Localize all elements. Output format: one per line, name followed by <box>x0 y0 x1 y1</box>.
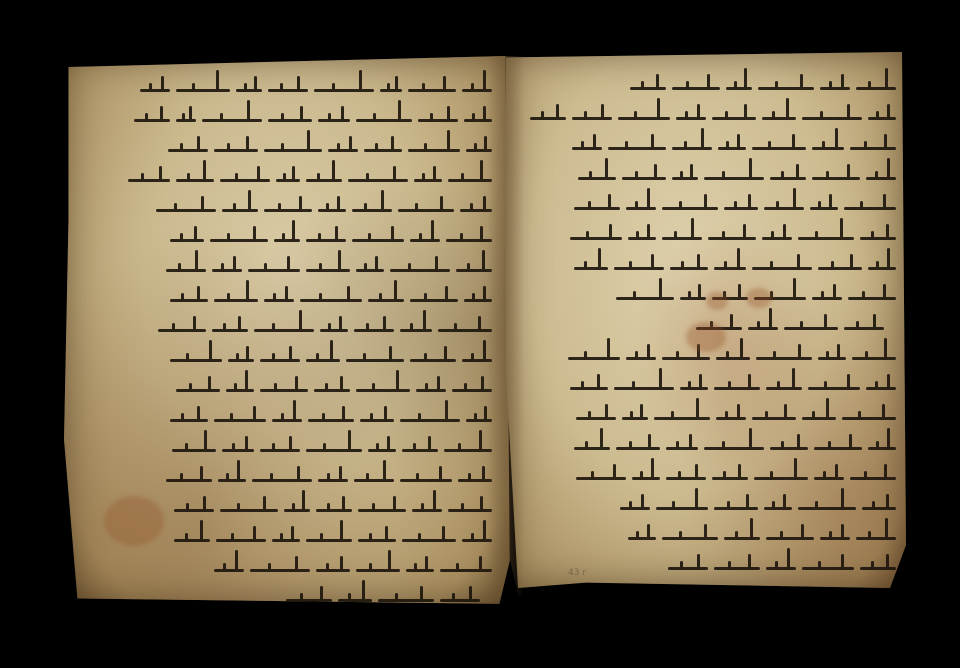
script-word <box>172 449 216 452</box>
script-word <box>260 359 300 362</box>
script-word <box>752 147 806 150</box>
script-word <box>360 419 394 422</box>
script-word <box>668 567 708 570</box>
script-word <box>272 539 300 542</box>
script-word <box>616 297 674 300</box>
script-word <box>406 569 434 572</box>
script-word <box>254 329 314 332</box>
script-word <box>868 447 896 450</box>
script-word <box>268 119 312 122</box>
script-word <box>318 209 346 212</box>
script-word <box>306 449 362 452</box>
script-word <box>784 327 838 330</box>
script-word <box>356 269 384 272</box>
script-line <box>516 486 896 516</box>
script-line <box>82 98 492 128</box>
script-word <box>670 267 708 270</box>
script-word <box>338 599 372 602</box>
script-word <box>368 299 404 302</box>
script-word <box>572 147 602 150</box>
script-word <box>818 267 862 270</box>
script-line <box>516 126 896 156</box>
script-word <box>410 299 458 302</box>
script-word <box>672 147 712 150</box>
script-word <box>228 359 254 362</box>
script-word <box>850 477 896 480</box>
script-word <box>802 567 854 570</box>
script-word <box>250 569 310 572</box>
script-word <box>868 267 896 270</box>
script-line <box>82 398 492 428</box>
script-word <box>578 177 616 180</box>
script-word <box>248 269 300 272</box>
script-word <box>306 359 340 362</box>
script-word <box>448 509 492 512</box>
brown-stain <box>686 322 726 352</box>
script-word <box>452 389 492 392</box>
script-word <box>662 207 718 210</box>
script-word <box>852 357 896 360</box>
script-line <box>516 216 896 246</box>
script-line <box>516 456 896 486</box>
script-word <box>226 389 254 392</box>
script-word <box>408 149 460 152</box>
script-word <box>214 299 258 302</box>
script-word <box>866 387 896 390</box>
script-word <box>348 179 408 182</box>
script-word <box>438 329 492 332</box>
script-word <box>272 419 302 422</box>
script-word <box>264 299 294 302</box>
script-word <box>346 359 404 362</box>
script-line <box>82 68 492 98</box>
script-line <box>82 458 492 488</box>
script-word <box>574 447 610 450</box>
ink-stain <box>104 496 164 546</box>
script-word <box>448 179 492 182</box>
script-word <box>170 359 222 362</box>
script-word <box>352 239 404 242</box>
script-word <box>756 357 812 360</box>
script-word <box>716 417 746 420</box>
script-word <box>530 117 566 120</box>
script-word <box>314 389 350 392</box>
right-manuscript-leaf: 43 r <box>506 52 906 588</box>
script-word <box>210 239 268 242</box>
script-word <box>378 599 434 602</box>
script-word <box>672 87 720 90</box>
script-word <box>574 267 608 270</box>
script-word <box>802 417 836 420</box>
script-word <box>156 209 216 212</box>
script-word <box>626 207 656 210</box>
script-word <box>140 89 170 92</box>
script-word <box>798 507 856 510</box>
script-word <box>812 147 844 150</box>
script-word <box>680 297 706 300</box>
script-word <box>764 507 792 510</box>
script-word <box>134 119 170 122</box>
script-word <box>446 239 492 242</box>
script-word <box>306 179 342 182</box>
script-word <box>416 389 446 392</box>
script-word <box>856 87 896 90</box>
script-word <box>714 387 760 390</box>
script-word <box>666 447 698 450</box>
script-word <box>568 357 620 360</box>
script-word <box>222 449 254 452</box>
script-word <box>576 477 626 480</box>
script-word <box>622 417 648 420</box>
script-word <box>284 509 310 512</box>
script-word <box>628 237 656 240</box>
script-word <box>762 117 796 120</box>
script-word <box>176 119 196 122</box>
script-word <box>680 387 708 390</box>
script-word <box>214 569 244 572</box>
script-word <box>170 419 208 422</box>
script-word <box>820 537 850 540</box>
script-word <box>812 297 842 300</box>
script-word <box>766 567 796 570</box>
script-word <box>862 507 896 510</box>
script-word <box>166 479 212 482</box>
script-line <box>516 366 896 396</box>
script-word <box>174 509 214 512</box>
script-word <box>316 569 350 572</box>
script-word <box>316 509 352 512</box>
script-word <box>236 89 262 92</box>
script-word <box>844 327 884 330</box>
script-word <box>260 449 300 452</box>
script-word <box>264 209 312 212</box>
script-word <box>358 539 396 542</box>
script-word <box>354 479 394 482</box>
script-word <box>354 329 394 332</box>
script-word <box>128 179 170 182</box>
script-word <box>260 389 308 392</box>
script-word <box>414 179 442 182</box>
script-word <box>306 269 350 272</box>
script-word <box>716 357 750 360</box>
script-line <box>82 248 492 278</box>
script-line <box>82 308 492 338</box>
script-word <box>318 479 348 482</box>
script-word <box>364 149 402 152</box>
script-word <box>656 507 708 510</box>
script-word <box>176 389 220 392</box>
script-word <box>358 509 406 512</box>
script-word <box>368 449 396 452</box>
script-word <box>868 117 896 120</box>
script-word <box>356 389 410 392</box>
script-word <box>662 237 702 240</box>
script-word <box>632 477 660 480</box>
script-word <box>770 177 806 180</box>
script-word <box>286 599 332 602</box>
script-word <box>802 117 862 120</box>
script-line <box>82 128 492 158</box>
script-word <box>212 329 248 332</box>
script-word <box>842 417 896 420</box>
script-word <box>748 327 778 330</box>
script-word <box>626 357 656 360</box>
script-word <box>574 207 620 210</box>
right-page-script <box>516 66 896 576</box>
script-line <box>516 246 896 276</box>
script-word <box>856 537 896 540</box>
script-word <box>222 209 258 212</box>
brown-stain <box>706 292 728 310</box>
script-word <box>752 417 796 420</box>
script-word <box>410 359 456 362</box>
script-line <box>82 218 492 248</box>
script-word <box>274 239 300 242</box>
script-word <box>268 89 308 92</box>
script-word <box>402 449 438 452</box>
script-word <box>758 87 814 90</box>
script-line <box>516 396 896 426</box>
script-word <box>630 87 666 90</box>
script-word <box>214 149 258 152</box>
script-word <box>170 239 204 242</box>
script-word <box>176 89 230 92</box>
script-line <box>82 368 492 398</box>
script-word <box>220 179 270 182</box>
script-line <box>82 158 492 188</box>
script-word <box>390 269 450 272</box>
script-word <box>264 149 322 152</box>
script-word <box>570 387 608 390</box>
script-word <box>458 479 492 482</box>
script-word <box>724 207 758 210</box>
script-word <box>356 569 400 572</box>
script-word <box>352 209 392 212</box>
script-word <box>252 479 312 482</box>
script-word <box>766 537 814 540</box>
script-word <box>810 207 838 210</box>
script-line <box>82 578 492 604</box>
script-word <box>814 477 844 480</box>
brown-stain <box>746 288 772 308</box>
script-word <box>400 329 432 332</box>
script-word <box>848 297 896 300</box>
script-word <box>714 507 758 510</box>
script-line <box>82 188 492 218</box>
script-word <box>218 479 246 482</box>
script-word <box>320 329 348 332</box>
script-word <box>676 117 706 120</box>
script-word <box>618 117 670 120</box>
script-word <box>572 117 612 120</box>
script-line <box>516 516 896 546</box>
script-word <box>276 179 300 182</box>
script-word <box>762 237 792 240</box>
script-word <box>202 119 262 122</box>
script-word <box>654 417 710 420</box>
script-word <box>850 147 896 150</box>
script-word <box>412 509 442 512</box>
script-word <box>318 119 350 122</box>
script-word <box>726 87 752 90</box>
script-word <box>754 477 808 480</box>
script-word <box>410 239 440 242</box>
script-line <box>516 156 896 186</box>
script-word <box>672 177 698 180</box>
script-word <box>176 179 214 182</box>
script-word <box>712 117 756 120</box>
script-word <box>306 239 346 242</box>
script-word <box>444 449 492 452</box>
script-word <box>216 539 266 542</box>
script-word <box>158 329 206 332</box>
script-word <box>818 357 846 360</box>
script-word <box>440 569 492 572</box>
script-word <box>220 509 278 512</box>
script-word <box>724 537 760 540</box>
script-word <box>764 207 804 210</box>
script-line <box>516 426 896 456</box>
script-line <box>82 428 492 458</box>
script-word <box>766 387 802 390</box>
script-word <box>440 599 480 602</box>
script-word <box>308 419 354 422</box>
script-line <box>82 278 492 308</box>
script-word <box>400 419 460 422</box>
script-word <box>456 269 492 272</box>
script-word <box>714 567 760 570</box>
left-manuscript-leaf <box>64 56 510 604</box>
script-word <box>306 539 352 542</box>
script-word <box>170 299 208 302</box>
script-word <box>662 357 710 360</box>
script-word <box>408 89 456 92</box>
script-word <box>662 537 718 540</box>
script-word <box>622 177 666 180</box>
script-word <box>174 539 210 542</box>
script-word <box>614 387 674 390</box>
script-word <box>398 209 454 212</box>
script-word <box>798 237 854 240</box>
script-word <box>300 299 362 302</box>
script-line <box>82 548 492 578</box>
script-word <box>314 89 374 92</box>
script-line <box>82 338 492 368</box>
script-word <box>708 237 756 240</box>
script-word <box>752 267 812 270</box>
folio-number: 43 r <box>568 568 586 578</box>
script-word <box>628 537 656 540</box>
script-word <box>860 567 896 570</box>
script-word <box>808 387 860 390</box>
script-word <box>608 147 666 150</box>
script-word <box>212 269 242 272</box>
script-word <box>844 207 896 210</box>
script-word <box>704 447 764 450</box>
script-line <box>516 186 896 216</box>
script-word <box>820 87 850 90</box>
script-word <box>402 539 456 542</box>
script-word <box>576 417 616 420</box>
script-word <box>400 479 452 482</box>
binding-gutter <box>488 56 524 596</box>
script-word <box>812 177 860 180</box>
script-word <box>166 269 206 272</box>
script-word <box>168 149 208 152</box>
script-word <box>666 477 706 480</box>
script-word <box>714 267 746 270</box>
script-word <box>214 419 266 422</box>
script-word <box>718 147 746 150</box>
photo-background: 43 r <box>0 0 960 668</box>
script-word <box>380 89 402 92</box>
script-word <box>570 237 622 240</box>
script-word <box>616 447 660 450</box>
script-word <box>712 477 748 480</box>
script-word <box>620 507 650 510</box>
script-line <box>516 66 896 96</box>
script-word <box>418 119 458 122</box>
script-word <box>356 119 412 122</box>
script-word <box>770 447 808 450</box>
script-word <box>860 237 896 240</box>
script-word <box>814 447 862 450</box>
script-line <box>516 96 896 126</box>
script-word <box>704 177 764 180</box>
script-word <box>614 267 664 270</box>
script-word <box>866 177 896 180</box>
script-word <box>328 149 358 152</box>
